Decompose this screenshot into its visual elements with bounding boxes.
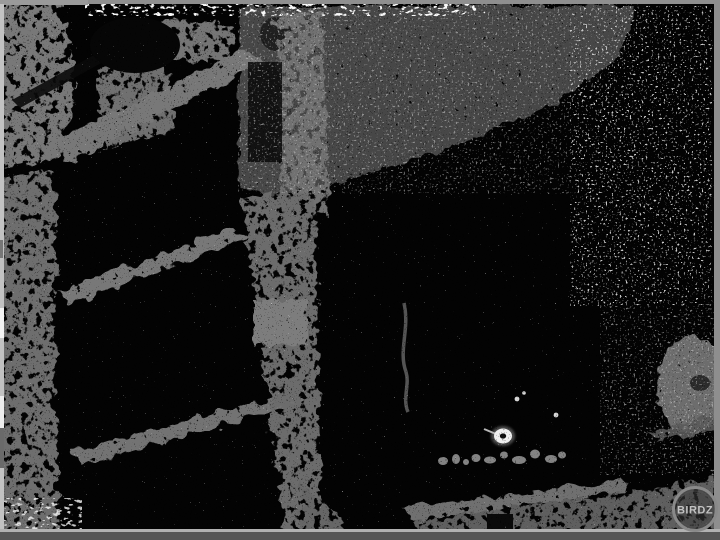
frame-border-bottom-line	[0, 529, 720, 532]
frame-border-right	[714, 0, 720, 540]
frame-border-top	[0, 0, 720, 4]
film-grain	[0, 0, 720, 540]
frame-border-bottom-band	[0, 532, 720, 540]
watermark-text: BIRDZ	[677, 505, 713, 517]
photo-frame: BIRDZ	[0, 0, 720, 540]
birdz-watermark: BIRDZ	[674, 488, 717, 531]
photo: BIRDZ	[0, 0, 720, 540]
